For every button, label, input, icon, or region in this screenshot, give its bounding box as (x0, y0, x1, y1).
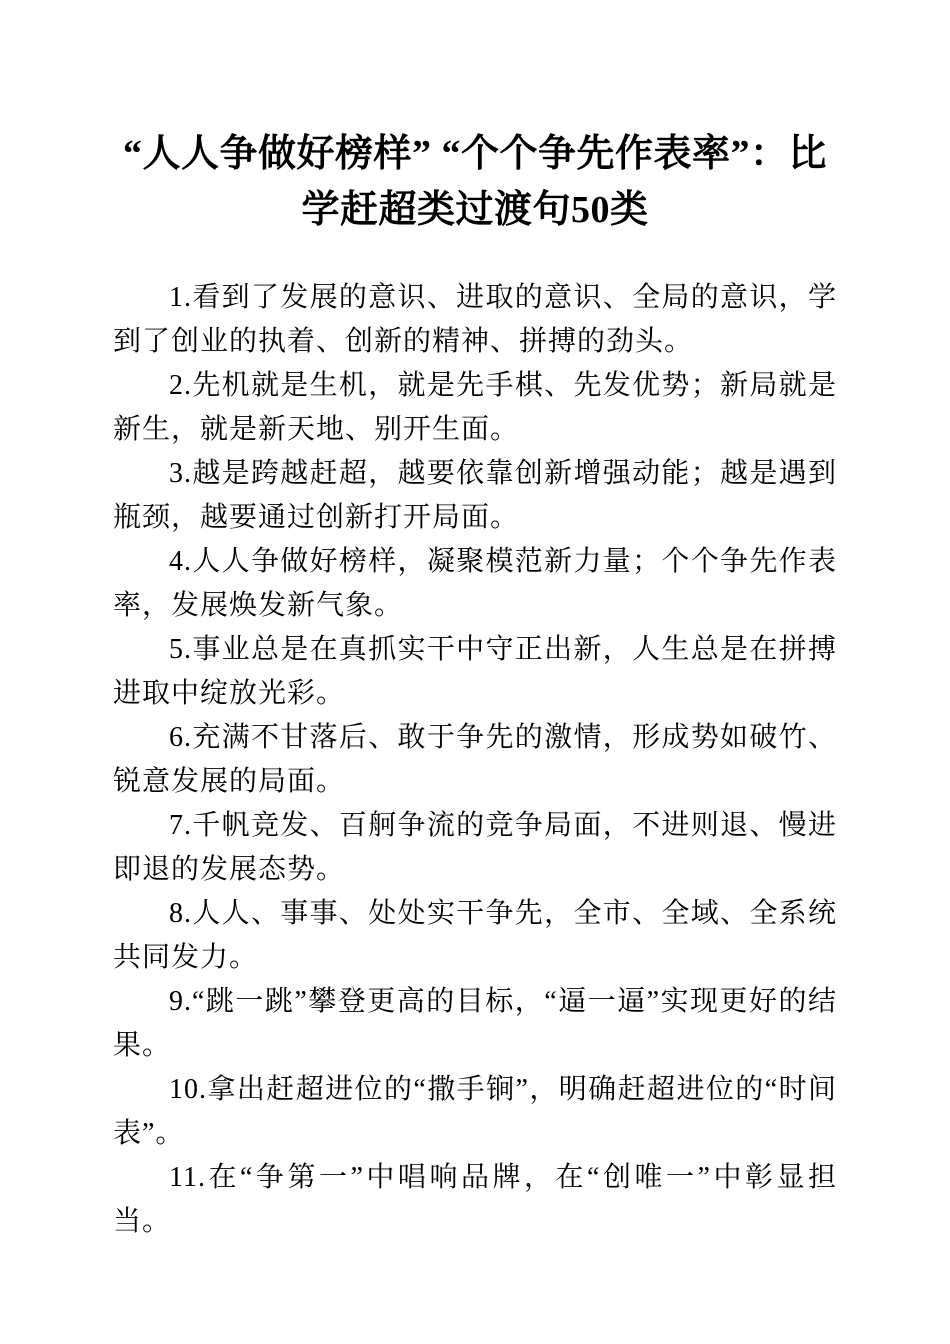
document-body: 1.看到了发展的意识、进取的意识、全局的意识，学到了创业的执着、创新的精神、拼搏… (113, 276, 837, 1244)
list-item: 4.人人争做好榜样，凝聚模范新力量；个个争先作表率，发展焕发新气象。 (113, 540, 837, 628)
list-item: 2.先机就是生机，就是先手棋、先发优势；新局就是新生，就是新天地、别开生面。 (113, 364, 837, 452)
list-item: 10.拿出赶超进位的“撒手锏”，明确赶超进位的“时间表”。 (113, 1068, 837, 1156)
list-item: 8.人人、事事、处处实干争先，全市、全域、全系统共同发力。 (113, 892, 837, 980)
list-item: 5.事业总是在真抓实干中守正出新，人生总是在拼搏进取中绽放光彩。 (113, 628, 837, 716)
list-item: 3.越是跨越赶超，越要依靠创新增强动能；越是遇到瓶颈，越要通过创新打开局面。 (113, 452, 837, 540)
list-item: 6.充满不甘落后、敢于争先的激情，形成势如破竹、锐意发展的局面。 (113, 716, 837, 804)
list-item: 11.在“争第一”中唱响品牌，在“创唯一”中彰显担当。 (113, 1156, 837, 1244)
list-item: 1.看到了发展的意识、进取的意识、全局的意识，学到了创业的执着、创新的精神、拼搏… (113, 276, 837, 364)
document-page: “人人争做好榜样” “个个争先作表率”：比学赶超类过渡句50类 1.看到了发展的… (0, 0, 950, 1344)
page-title: “人人争做好榜样” “个个争先作表率”：比学赶超类过渡句50类 (113, 126, 837, 238)
list-item: 9.“跳一跳”攀登更高的目标，“逼一逼”实现更好的结果。 (113, 980, 837, 1068)
list-item: 7.千帆竞发、百舸争流的竞争局面，不进则退、慢进即退的发展态势。 (113, 804, 837, 892)
